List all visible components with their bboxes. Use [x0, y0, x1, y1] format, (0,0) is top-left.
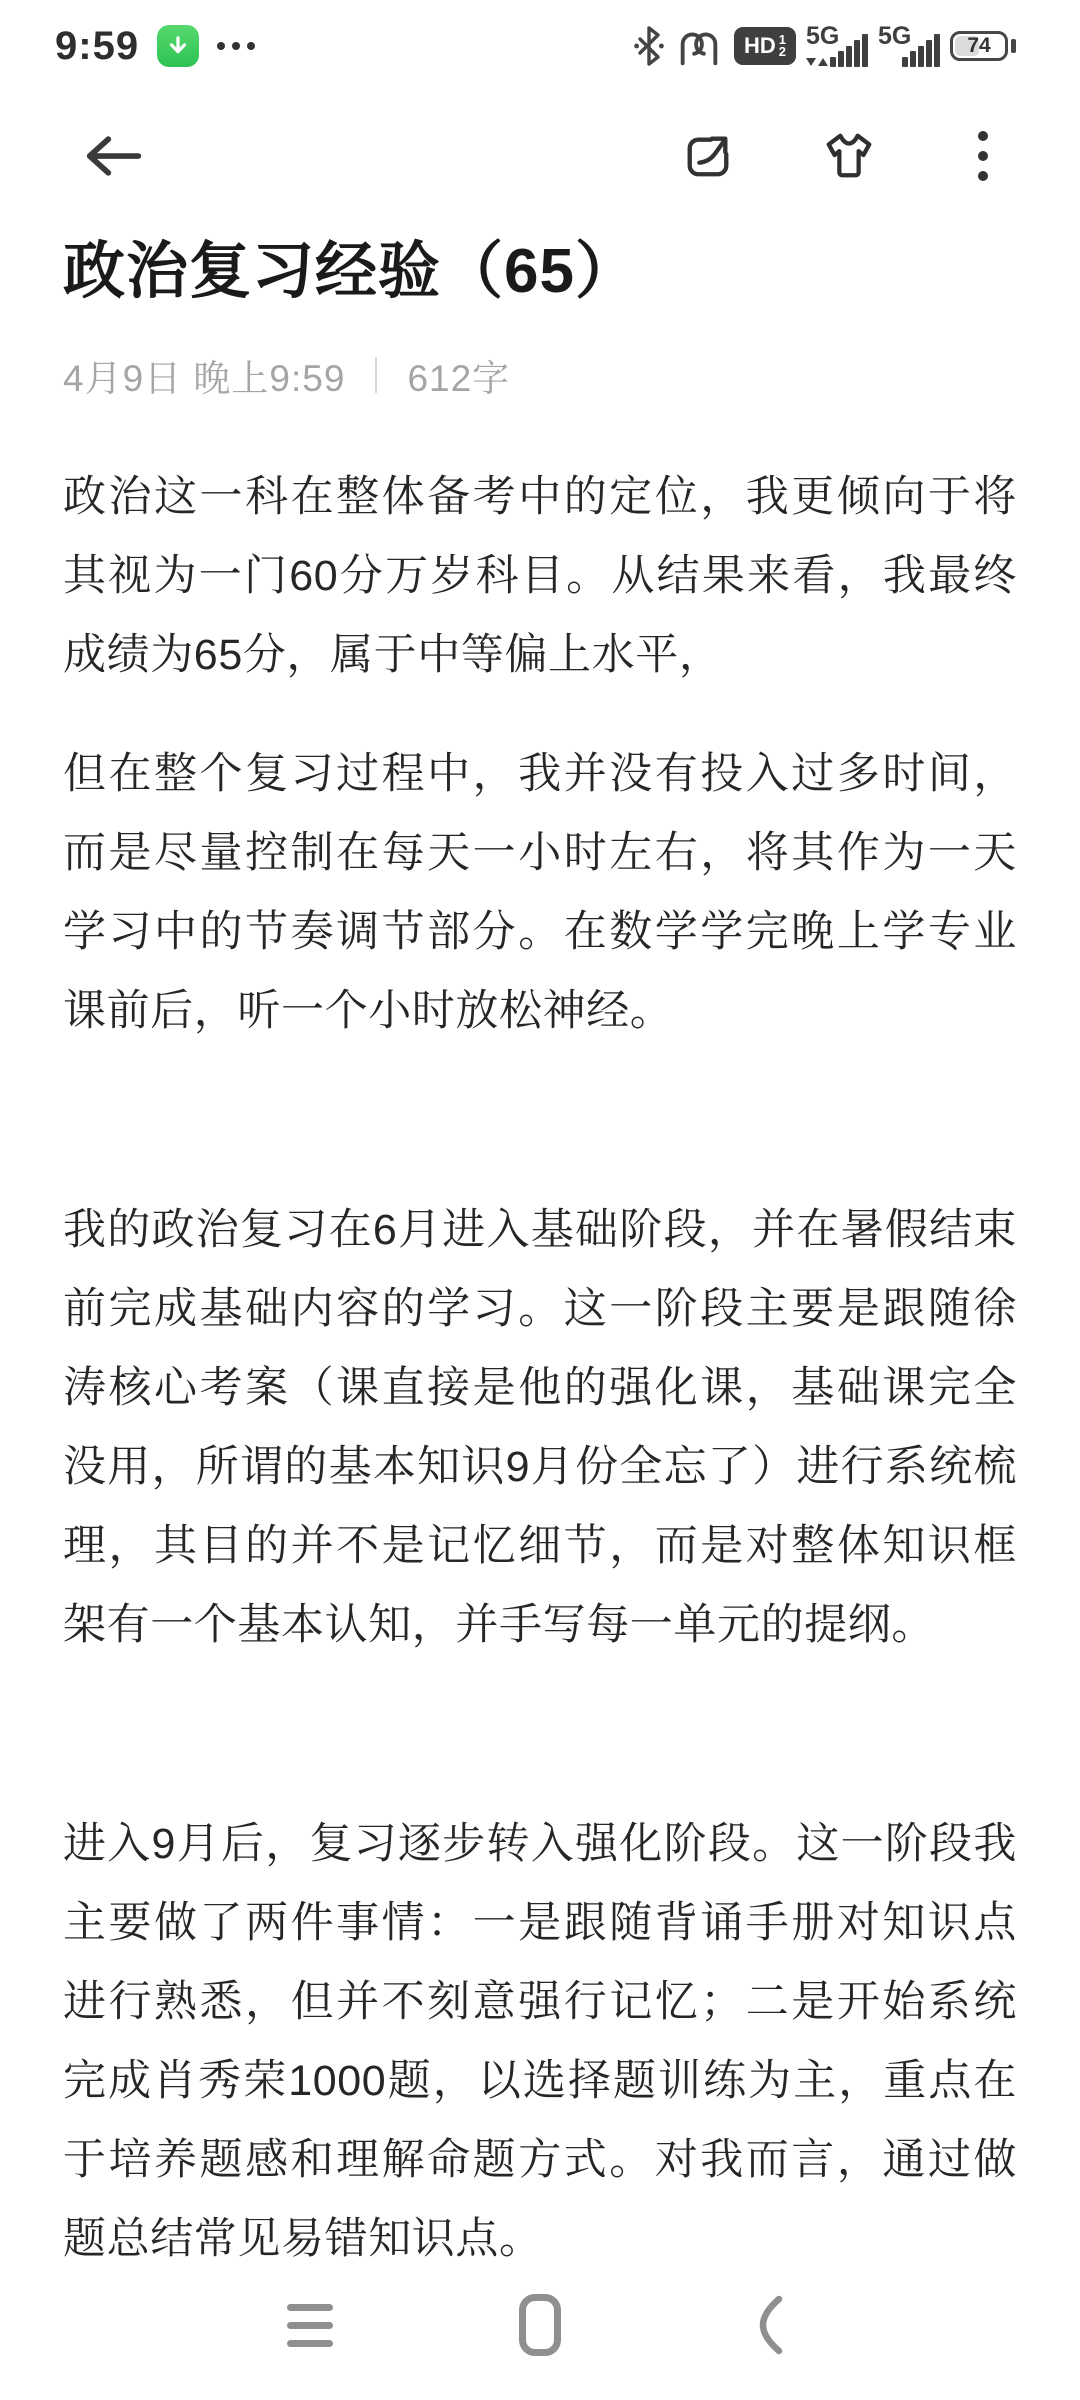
back-icon[interactable]: [725, 2293, 815, 2357]
battery-percent: 74: [953, 34, 1005, 58]
note-word-count: 612字: [407, 348, 510, 402]
share-icon[interactable]: [683, 131, 733, 181]
theme-shirt-icon[interactable]: [820, 129, 878, 183]
note-paragraph: 但在整个复习过程中，我并没有投入过多时间，而是尽量控制在每天一小时左右，将其作为…: [63, 735, 1017, 1051]
clock-time: 9:59: [55, 24, 139, 69]
back-arrow-icon[interactable]: [84, 133, 144, 179]
note-datetime: 4月9日 晚上9:59: [63, 348, 345, 402]
note-paragraph: 我的政治复习在6月进入基础阶段，并在暑假结束前完成基础内容的学习。这一阶段主要是…: [63, 1191, 1017, 1665]
status-bar: 9:59 HD 1 2 5G: [0, 0, 1080, 82]
earbuds-icon: [674, 26, 724, 66]
ellipsis-icon: [217, 42, 255, 50]
signal-sim1-icon: 5G: [806, 22, 868, 70]
recents-icon[interactable]: [265, 2304, 355, 2347]
signal-sim2-icon: 5G: [878, 22, 940, 70]
note-title: 政治复习经验（65）: [63, 232, 1017, 312]
hd-voice-icon: HD 1 2: [734, 27, 796, 65]
meta-divider: [375, 357, 377, 393]
system-nav-bar: [0, 2250, 1080, 2400]
note-body[interactable]: 政治这一科在整体备考中的定位，我更倾向于将其视为一门60分万岁科目。从结果来看，…: [63, 458, 1017, 2279]
battery-icon: 74: [950, 31, 1016, 61]
note-paragraph: 政治这一科在整体备考中的定位，我更倾向于将其视为一门60分万岁科目。从结果来看，…: [63, 458, 1017, 695]
note-meta: 4月9日 晚上9:59 612字: [63, 348, 1017, 402]
download-icon: [157, 25, 199, 67]
home-icon[interactable]: [495, 2294, 585, 2356]
note-paragraph: 进入9月后，复习逐步转入强化阶段。这一阶段我主要做了两件事情：一是跟随背诵手册对…: [63, 1805, 1017, 2279]
app-bar: [0, 82, 1080, 202]
more-menu-icon[interactable]: [978, 131, 988, 181]
bluetooth-icon: [634, 25, 664, 67]
